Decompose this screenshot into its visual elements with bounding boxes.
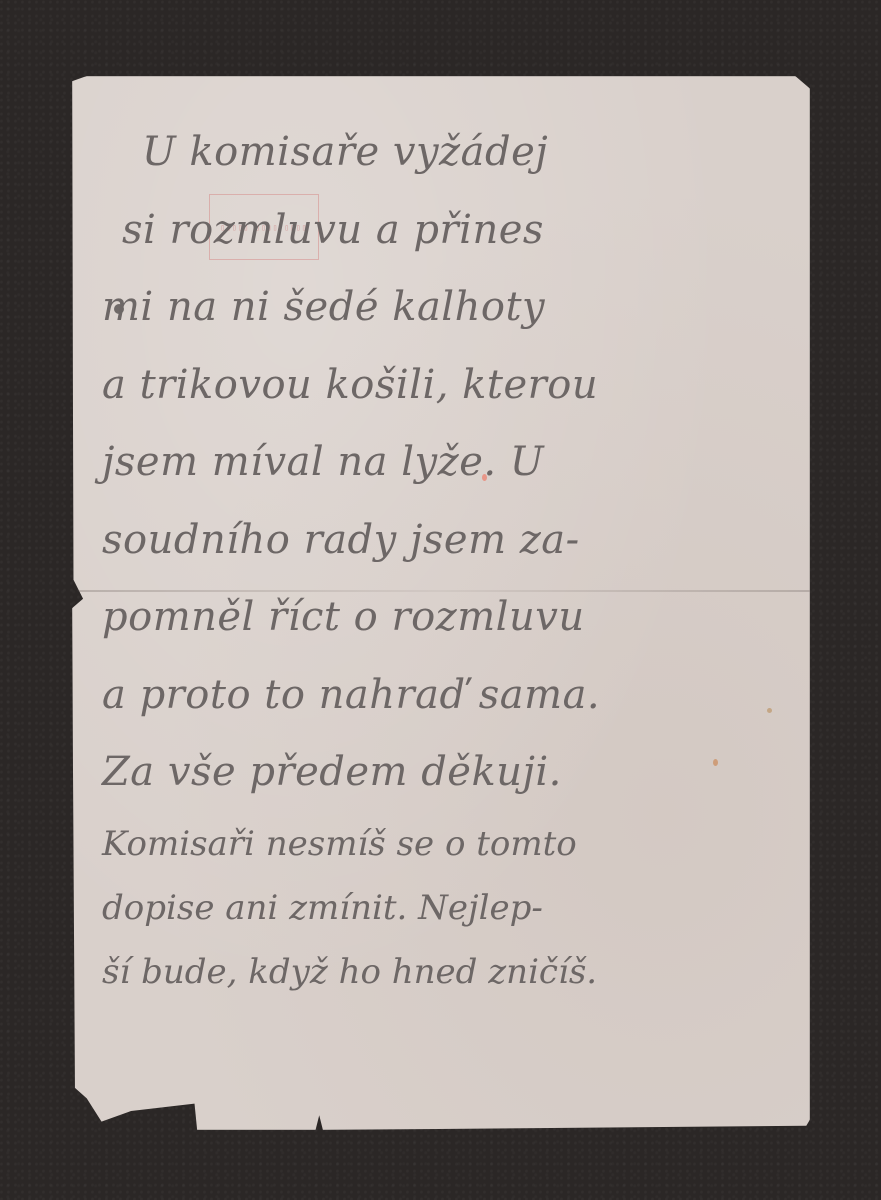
letter-paper: ▯▯▯▯▯ ▯▯▯▯ ▯▯▯▯ U komisaře vyžádej si ro…: [72, 76, 810, 1130]
text-line-9: Za vše předem děkuji.: [102, 734, 802, 812]
text-line-12: ší bude, když ho hned zničíš.: [102, 940, 802, 1004]
text-line-11: dopise ani zmínit. Nejlep-: [102, 876, 802, 940]
handwritten-text: U komisaře vyžádej si rozmluvu a přines …: [102, 114, 802, 1004]
text-line-5: jsem míval na lyže. U: [102, 424, 802, 502]
text-line-1: U komisaře vyžádej: [102, 114, 802, 192]
text-line-8: a proto to nahraď sama.: [102, 657, 802, 735]
text-line-7: pomněl říct o rozmluvu: [102, 579, 802, 657]
text-line-6: soudního rady jsem za-: [102, 502, 802, 580]
text-line-10: Komisaři nesmíš se o tomto: [102, 812, 802, 876]
text-line-2: si rozmluvu a přines: [102, 192, 802, 270]
text-line-4: a trikovou košili, kterou: [102, 347, 802, 425]
text-line-3: mi na ni šedé kalhoty: [102, 269, 802, 347]
